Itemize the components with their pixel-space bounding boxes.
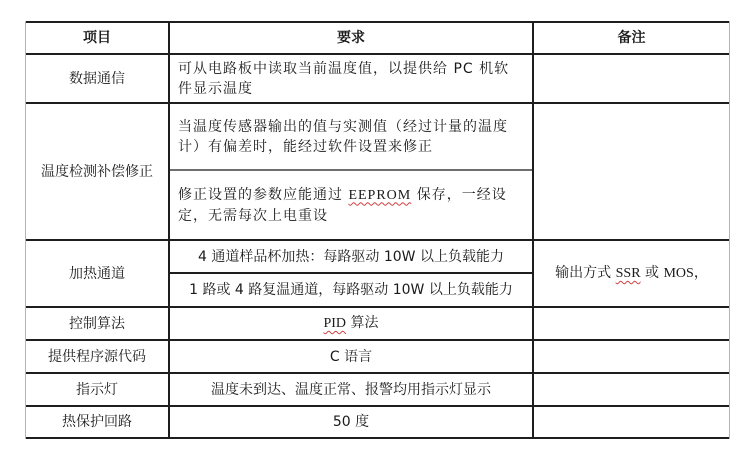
row-requirement: C 语言: [170, 341, 532, 372]
row-requirement-eeprom: 修正设置的参数应能通过 EEPROM 保存，一经设定，无需每次上电重设: [170, 171, 532, 239]
row-requirement: 当温度传感器输出的值与实测值（经过计量的温度计）有偏差时，能经过软件设置来修正: [170, 104, 532, 169]
requirements-table: 项目 要求 备注 数据通信 可从电路板中读取当前温度值，以提供给 PC 机软件显…: [25, 21, 730, 438]
row-remark: [534, 407, 729, 437]
header-item: 项目: [26, 23, 168, 53]
row-item-data-communication: 数据通信: [26, 55, 168, 102]
row-remark: [534, 55, 729, 102]
table-bottom-border: [25, 437, 730, 439]
requirement-text: 修正设置的参数应能通过 EEPROM 保存，一经设定，无需每次上电重设: [178, 185, 522, 226]
row-item-source-code: 提供程序源代码: [26, 341, 168, 372]
row-requirement: 可从电路板中读取当前温度值，以提供给 PC 机软件显示温度: [170, 55, 532, 102]
row-requirement: 50 度: [170, 407, 532, 437]
row-remark: [534, 104, 729, 239]
row-remark: [534, 374, 729, 405]
row-item-thermal-protection: 热保护回路: [26, 407, 168, 437]
header-requirement: 要求: [170, 23, 532, 53]
header-remark: 备注: [534, 23, 729, 53]
remark-text: 输出方式 SSR 或 MOS，: [555, 263, 708, 284]
requirement-text: PID 算法: [323, 313, 378, 334]
row-requirement-pid: PID 算法: [170, 308, 532, 339]
row-remark: [534, 308, 729, 339]
row-item-indicator-light: 指示灯: [26, 374, 168, 405]
row-remark-output-mode: 输出方式 SSR 或 MOS，: [534, 241, 729, 306]
row-item-temperature-compensation: 温度检测补偿修正: [26, 104, 168, 239]
table-right-border: [729, 21, 730, 439]
row-item-heating-channel: 加热通道: [26, 241, 168, 306]
row-item-control-algorithm: 控制算法: [26, 308, 168, 339]
row-remark: [534, 341, 729, 372]
row-requirement: 温度未到达、温度正常、报警均用指示灯显示: [170, 374, 532, 405]
row-requirement: 1 路或 4 路复温通道，每路驱动 10W 以上负载能力: [170, 274, 532, 306]
row-requirement: 4 通道样品杯加热：每路驱动 10W 以上负载能力: [170, 241, 532, 272]
